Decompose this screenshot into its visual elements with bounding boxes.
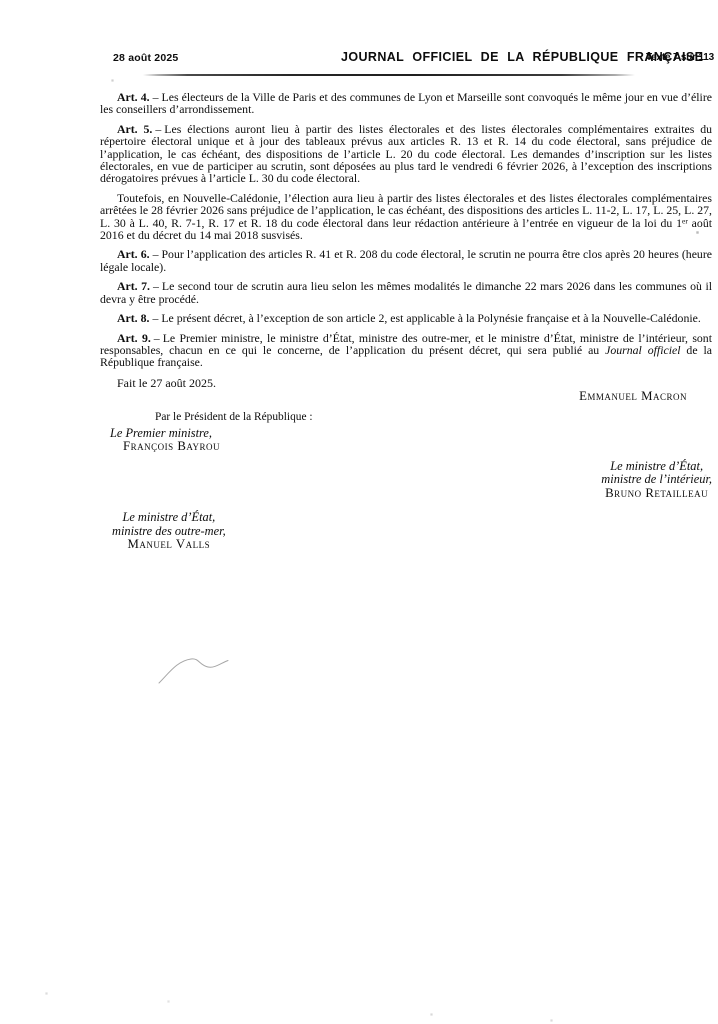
article-8-paragraph: Art. 8.–Le présent décret, à l’exception…: [100, 312, 712, 324]
outremer-minister-title-2: ministre des outre-mer,: [112, 525, 226, 539]
president-signature: Emmanuel Macron: [100, 390, 712, 404]
pm-signature: François Bayrou: [123, 440, 712, 454]
article-4-paragraph: Art. 4.–Les électeurs de la Ville de Par…: [100, 91, 712, 116]
article-5-paragraph: Art. 5.–Les élections auront lieu à part…: [100, 123, 712, 185]
article-8-dash: –: [152, 311, 158, 325]
outremer-minister-title-1: Le ministre d’État,: [112, 511, 226, 525]
article-5-text: Les élections auront lieu à partir des l…: [100, 122, 712, 186]
toutefois-text-a: Toutefois, en Nouvelle-Calédonie, l’élec…: [100, 191, 712, 230]
article-6-text: Pour l’application des articles R. 41 et…: [100, 247, 712, 273]
par-president-line: Par le Président de la République :: [155, 411, 712, 424]
interior-minister-title-1: Le ministre d’État,: [601, 460, 712, 474]
outremer-minister-name: Manuel Valls: [128, 537, 211, 551]
toutefois-paragraph: Toutefois, en Nouvelle-Calédonie, l’élec…: [100, 192, 712, 242]
interior-minister-name: Bruno Retailleau: [605, 486, 708, 500]
article-8-label: Art. 8.: [117, 311, 149, 325]
article-7-text: Le second tour de scrutin aura lieu selo…: [100, 279, 712, 305]
fait-le-line: Fait le 27 août 2025.: [100, 377, 712, 389]
journal-officiel-page: 28 août 2025 JOURNAL OFFICIEL DE LA RÉPU…: [0, 0, 718, 1024]
article-7-paragraph: Art. 7.–Le second tour de scrutin aura l…: [100, 280, 712, 305]
texte-reference: Texte 7 sur 113: [646, 52, 714, 63]
page-header: 28 août 2025 JOURNAL OFFICIEL DE LA RÉPU…: [0, 50, 718, 66]
interior-minister-signature: Bruno Retailleau: [601, 487, 712, 501]
article-6-paragraph: Art. 6.–Pour l’application des articles …: [100, 248, 712, 273]
interior-minister-block: Le ministre d’État, ministre de l’intéri…: [601, 460, 712, 501]
outremer-minister-signature: Manuel Valls: [112, 538, 226, 552]
article-9-paragraph: Art. 9.–Le Premier ministre, le ministre…: [100, 332, 712, 369]
journal-officiel-italic: Journal officiel: [605, 343, 680, 357]
decree-body: Art. 4.–Les électeurs de la Ville de Par…: [100, 85, 712, 552]
pen-mark: [155, 650, 239, 686]
interior-minister-title-2: ministre de l’intérieur,: [601, 473, 712, 487]
outremer-minister-block: Le ministre d’État, ministre des outre-m…: [112, 511, 226, 552]
publication-date: 28 août 2025: [113, 52, 178, 64]
pm-title: Le Premier ministre,: [110, 427, 712, 441]
pm-name: François Bayrou: [123, 439, 220, 453]
article-4-text: Les électeurs de la Ville de Paris et de…: [100, 90, 712, 116]
scan-speckles: [0, 0, 1, 1]
header-rule: [143, 74, 635, 76]
president-name: Emmanuel Macron: [579, 389, 687, 403]
article-8-text: Le présent décret, à l’exception de son …: [161, 311, 700, 325]
